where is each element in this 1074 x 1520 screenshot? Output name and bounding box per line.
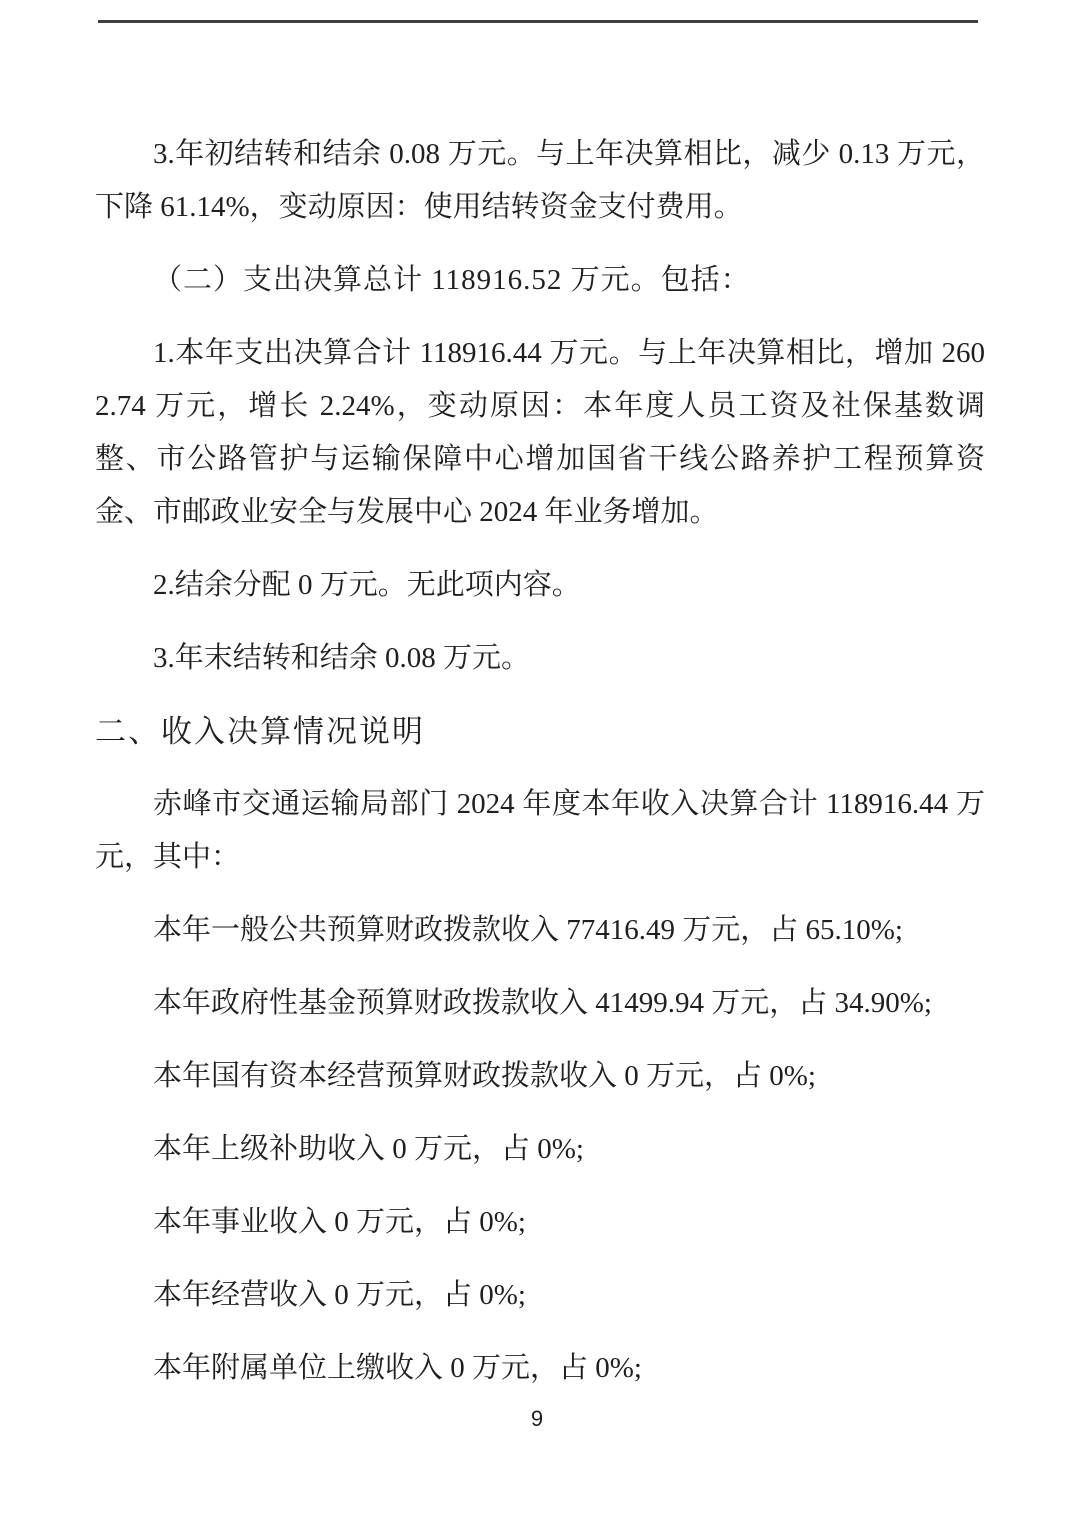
paragraph-opening-carryover: 3.年初结转和结余 0.08 万元。与上年决算相比，减少 0.13 万元，下降 … — [95, 128, 985, 234]
revenue-item-superior-subsidy: 本年上级补助收入 0 万元，占 0%; — [95, 1123, 985, 1176]
heading-revenue-section: 二、收入决算情况说明 — [95, 705, 985, 758]
header-rule — [98, 20, 978, 23]
revenue-item-government-fund-budget: 本年政府性基金预算财政拨款收入 41499.94 万元，占 34.90%; — [95, 977, 985, 1030]
revenue-item-affiliated-unit-remittance: 本年附属单位上缴收入 0 万元，占 0%; — [95, 1342, 985, 1395]
paragraph-revenue-intro: 赤峰市交通运输局部门 2024 年度本年收入决算合计 118916.44 万元，… — [95, 778, 985, 884]
document-body: 3.年初结转和结余 0.08 万元。与上年决算相比，减少 0.13 万元，下降 … — [95, 128, 985, 1415]
paragraph-expenditure-detail: 1.本年支出决算合计 118916.44 万元。与上年决算相比，增加 2602.… — [95, 327, 985, 539]
revenue-item-general-public-budget: 本年一般公共预算财政拨款收入 77416.49 万元，占 65.10%; — [95, 904, 985, 957]
document-page: 3.年初结转和结余 0.08 万元。与上年决算相比，减少 0.13 万元，下降 … — [0, 0, 1074, 1520]
revenue-item-institutional-income: 本年事业收入 0 万元，占 0%; — [95, 1196, 985, 1249]
heading-expenditure-total: （二）支出决算总计 118916.52 万元。包括： — [95, 254, 985, 307]
revenue-item-operating-income: 本年经营收入 0 万元，占 0%; — [95, 1269, 985, 1322]
revenue-item-state-capital-budget: 本年国有资本经营预算财政拨款收入 0 万元，占 0%; — [95, 1050, 985, 1103]
paragraph-yearend-carryover: 3.年末结转和结余 0.08 万元。 — [95, 632, 985, 685]
paragraph-surplus-distribution: 2.结余分配 0 万元。无此项内容。 — [95, 559, 985, 612]
page-number: 9 — [0, 1406, 1074, 1432]
